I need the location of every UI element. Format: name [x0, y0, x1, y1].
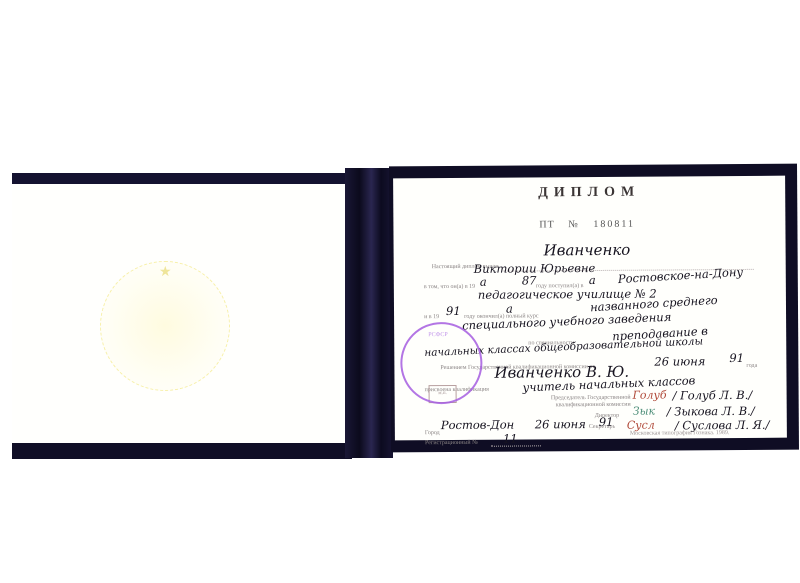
diploma-serial: ПТ № 180811 — [539, 219, 635, 231]
left-inner-page: ★ — [12, 184, 347, 443]
seal-text: РСФСР — [428, 332, 448, 338]
label-year-word: года — [746, 363, 757, 369]
label-reg-number: Регистрационный № — [425, 440, 478, 446]
hw-chairman-name: / Голуб Л. В./ — [673, 388, 753, 403]
hw-city: Ростов-Дон — [441, 418, 514, 433]
line — [491, 445, 541, 446]
hw-suffix-3: а — [506, 302, 513, 316]
cover-bottom-edge — [12, 443, 352, 459]
diploma-cover-left: ★ — [12, 173, 352, 460]
official-seal-icon: РСФСР — [400, 322, 483, 405]
director-signature: Зык — [633, 405, 655, 418]
hw-director-name: / Зыкова Л. В./ — [667, 404, 755, 419]
hw-school-line-1: Ростовское-на-Дону — [617, 265, 743, 286]
hw-decision-date: 26 июня — [654, 354, 705, 368]
hw-year-graduated: 91 — [446, 304, 461, 318]
series: ПТ — [539, 219, 554, 230]
chairman-signature: Голуб — [633, 388, 667, 401]
soviet-emblem-watermark-icon: ★ — [100, 261, 230, 391]
hw-reg-number: 11 — [503, 432, 518, 446]
diploma-title: ДИПЛОМ — [393, 184, 785, 203]
diploma-page: ДИПЛОМ ПТ № 180811 Настоящий диплом выда… — [393, 176, 787, 441]
label-city: Город — [425, 430, 440, 436]
hw-decision-year: 91 — [729, 351, 744, 365]
cover-top-edge — [12, 173, 352, 184]
hw-city-date: 26 июня — [535, 417, 586, 431]
hw-suffix-1: а — [480, 275, 487, 289]
printer-imprint: Московская типография Гознака. 1989. — [630, 430, 730, 437]
diploma-number: 180811 — [593, 219, 635, 230]
star-icon: ★ — [159, 264, 172, 281]
label-chairman: Председатель Государственной квалификаци… — [521, 395, 631, 410]
hw-year-entered: 87 — [522, 273, 537, 287]
diploma-cover-right: ДИПЛОМ ПТ № 180811 Настоящий диплом выда… — [389, 164, 799, 453]
hw-city-year: 91 — [599, 415, 614, 429]
hw-surname: Иванченко — [544, 241, 631, 260]
hw-suffix-2: а — [589, 273, 596, 287]
number-sign: № — [568, 219, 580, 230]
label-in-19: и в 19 — [424, 314, 439, 320]
diploma-spine — [345, 168, 393, 458]
label-in-that: в том, что он(а) в 19 — [424, 284, 475, 290]
